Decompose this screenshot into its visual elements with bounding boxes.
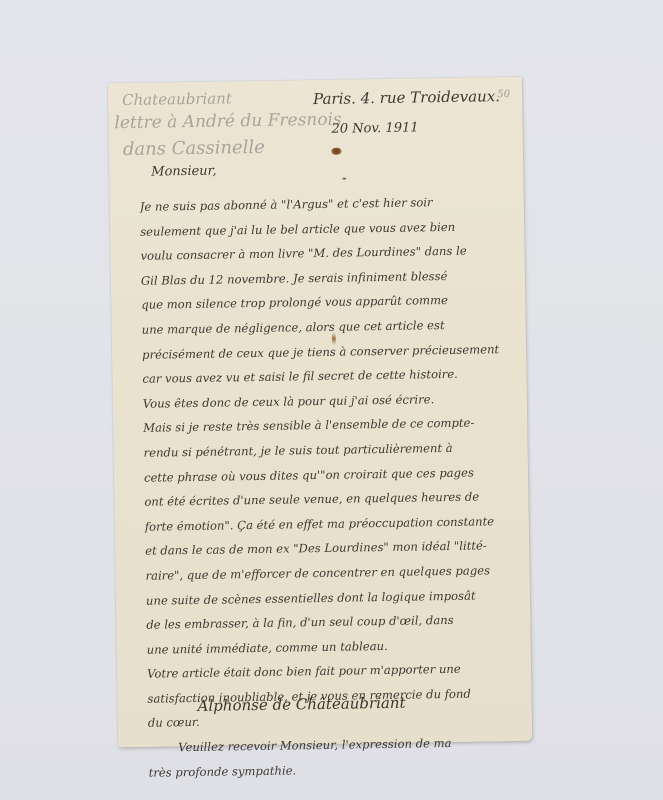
signature: Alphonse de Châteaubriant	[197, 694, 405, 715]
pencil-note-3: dans Cassinelle	[123, 137, 265, 160]
closing-line: très profonde sympathie.	[148, 755, 520, 785]
salutation: Monsieur,	[151, 164, 217, 180]
pencil-note-1: Chateaubriant	[122, 89, 232, 109]
pencil-note-2: lettre à André du Fresnois	[114, 110, 342, 134]
ink-stain	[331, 148, 342, 155]
letter-date: 20 Nov. 1911	[331, 120, 418, 136]
letter-address: Paris. 4. rue Troidevaux.	[313, 87, 500, 108]
letter-paper: Chateaubriant lettre à André du Fresnois…	[108, 77, 532, 747]
ink-dot	[342, 178, 346, 180]
